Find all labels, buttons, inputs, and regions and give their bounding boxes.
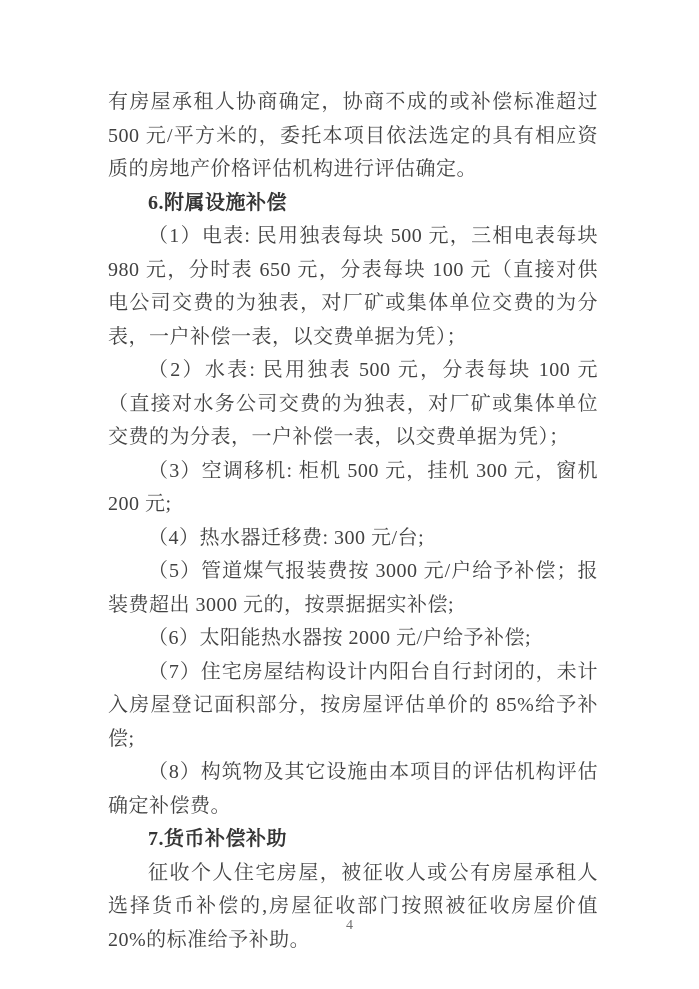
- section6-item-water-meter: （2）水表: 民用独表 500 元，分表每块 100 元（直接对水务公司交费的为…: [108, 354, 598, 455]
- section6-item-air-conditioner: （3）空调移机: 柜机 500 元，挂机 300 元，窗机 200 元;: [108, 455, 598, 522]
- page-number: 4: [0, 918, 699, 934]
- section6-item-gas-installation: （5）管道煤气报装费按 3000 元/户给予补偿；报装费超出 3000 元的，按…: [108, 555, 598, 622]
- section6-item-solar-heater: （6）太阳能热水器按 2000 元/户给予补偿;: [108, 622, 598, 656]
- section6-item-electric-meter: （1）电表: 民用独表每块 500 元，三相电表每块 980 元，分时表 650…: [108, 220, 598, 354]
- document-page: 有房屋承租人协商确定，协商不成的或补偿标准超过 500 元/平方米的，委托本项目…: [0, 0, 699, 989]
- section6-item-water-heater: （4）热水器迁移费: 300 元/台;: [108, 522, 598, 556]
- document-content: 有房屋承租人协商确定，协商不成的或补偿标准超过 500 元/平方米的，委托本项目…: [108, 86, 598, 957]
- scan-speck-artifact: +: [498, 902, 504, 912]
- section6-item-structures: （8）构筑物及其它设施由本项目的评估机构评估确定补偿费。: [108, 756, 598, 823]
- section6-heading: 6.附属设施补偿: [108, 187, 598, 221]
- intro-paragraph: 有房屋承租人协商确定，协商不成的或补偿标准超过 500 元/平方米的，委托本项目…: [108, 86, 598, 187]
- section7-heading: 7.货币补偿补助: [108, 823, 598, 857]
- section6-item-enclosed-balcony: （7）住宅房屋结构设计内阳台自行封闭的，未计入房屋登记面积部分，按房屋评估单价的…: [108, 656, 598, 757]
- section7-paragraph: 征收个人住宅房屋，被征收人或公有房屋承租人选择货币补偿的,房屋征收部门按照被征收…: [108, 857, 598, 958]
